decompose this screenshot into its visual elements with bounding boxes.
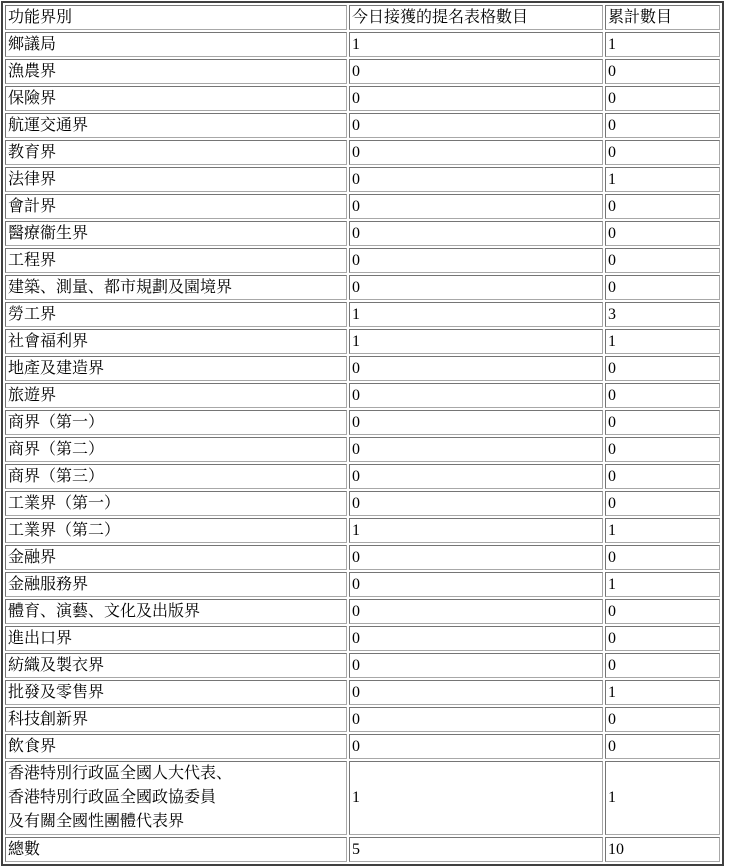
today-count-cell: 0	[349, 653, 603, 678]
today-count-cell: 0	[349, 113, 603, 138]
constituency-name-cell: 勞工界	[5, 302, 347, 327]
constituency-name-cell: 金融界	[5, 545, 347, 570]
table-row: 旅遊界00	[5, 383, 720, 408]
constituency-name-cell: 商界（第二）	[5, 437, 347, 462]
cumulative-count-cell: 0	[605, 707, 720, 732]
today-count-cell: 0	[349, 572, 603, 597]
today-count-cell: 0	[349, 194, 603, 219]
table-row: 批發及零售界01	[5, 680, 720, 705]
today-count-cell: 0	[349, 140, 603, 165]
table-row: 工業界（第一）00	[5, 491, 720, 516]
today-count-cell: 0	[349, 167, 603, 192]
cumulative-count-cell: 0	[605, 356, 720, 381]
today-count-cell: 1	[349, 518, 603, 543]
cumulative-count-cell: 1	[605, 572, 720, 597]
cumulative-count-cell: 0	[605, 86, 720, 111]
table-row: 鄉議局11	[5, 32, 720, 57]
constituency-name-cell: 航運交通界	[5, 113, 347, 138]
today-count-cell: 1	[349, 302, 603, 327]
constituency-name-cell: 法律界	[5, 167, 347, 192]
cumulative-count-cell: 0	[605, 410, 720, 435]
constituency-name-cell: 鄉議局	[5, 32, 347, 57]
cumulative-count-cell: 0	[605, 59, 720, 84]
today-count-cell: 1	[349, 761, 603, 835]
today-count-cell: 0	[349, 410, 603, 435]
constituency-name-cell: 進出口界	[5, 626, 347, 651]
cumulative-count-cell: 1	[605, 518, 720, 543]
table-row: 漁農界00	[5, 59, 720, 84]
cumulative-count-cell: 1	[605, 32, 720, 57]
today-count-cell: 0	[349, 545, 603, 570]
cumulative-count-cell: 0	[605, 248, 720, 273]
today-count-cell: 0	[349, 275, 603, 300]
constituency-name-cell: 旅遊界	[5, 383, 347, 408]
constituency-name-cell: 飲食界	[5, 734, 347, 759]
cumulative-count-cell: 0	[605, 437, 720, 462]
column-header-today-count: 今日接獲的提名表格數目	[349, 5, 603, 30]
constituency-name-cell: 金融服務界	[5, 572, 347, 597]
today-count-cell: 0	[349, 734, 603, 759]
cumulative-count-cell: 1	[605, 167, 720, 192]
constituency-name-cell: 會計界	[5, 194, 347, 219]
constituency-name-cell: 科技創新界	[5, 707, 347, 732]
today-count-cell: 0	[349, 464, 603, 489]
constituency-name-cell: 體育、演藝、文化及出版界	[5, 599, 347, 624]
cumulative-count-cell: 0	[605, 734, 720, 759]
table-row: 香港特別行政區全國人大代表、 香港特別行政區全國政協委員 及有關全國性團體代表界…	[5, 761, 720, 835]
cumulative-count-cell: 10	[605, 837, 720, 862]
cumulative-count-cell: 0	[605, 275, 720, 300]
table-row: 社會福利界11	[5, 329, 720, 354]
cumulative-count-cell: 0	[605, 491, 720, 516]
constituency-name-cell: 工業界（第二）	[5, 518, 347, 543]
constituency-name-cell: 漁農界	[5, 59, 347, 84]
today-count-cell: 0	[349, 680, 603, 705]
table-row: 飲食界00	[5, 734, 720, 759]
constituency-name-cell: 商界（第一）	[5, 410, 347, 435]
cumulative-count-cell: 0	[605, 113, 720, 138]
cumulative-count-cell: 0	[605, 221, 720, 246]
constituency-name-cell: 教育界	[5, 140, 347, 165]
table-row: 法律界01	[5, 167, 720, 192]
table-row: 工業界（第二）11	[5, 518, 720, 543]
constituency-name-cell: 工業界（第一）	[5, 491, 347, 516]
table-row: 教育界00	[5, 140, 720, 165]
table-row: 總數510	[5, 837, 720, 862]
constituency-name-cell: 批發及零售界	[5, 680, 347, 705]
constituency-name-cell: 商界（第三）	[5, 464, 347, 489]
table-row: 體育、演藝、文化及出版界00	[5, 599, 720, 624]
cumulative-count-cell: 1	[605, 329, 720, 354]
table-row: 進出口界00	[5, 626, 720, 651]
cumulative-count-cell: 3	[605, 302, 720, 327]
header-row: 功能界別 今日接獲的提名表格數目 累計數目	[5, 5, 720, 30]
cumulative-count-cell: 1	[605, 761, 720, 835]
table-row: 工程界00	[5, 248, 720, 273]
constituency-name-cell: 工程界	[5, 248, 347, 273]
today-count-cell: 0	[349, 707, 603, 732]
today-count-cell: 1	[349, 329, 603, 354]
table-row: 建築、測量、都市規劃及園境界00	[5, 275, 720, 300]
constituency-name-cell: 保險界	[5, 86, 347, 111]
constituency-name-cell: 建築、測量、都市規劃及園境界	[5, 275, 347, 300]
table-row: 商界（第一）00	[5, 410, 720, 435]
constituency-name-cell: 社會福利界	[5, 329, 347, 354]
today-count-cell: 0	[349, 626, 603, 651]
column-header-cumulative-count: 累計數目	[605, 5, 720, 30]
today-count-cell: 0	[349, 383, 603, 408]
table-row: 紡織及製衣界00	[5, 653, 720, 678]
today-count-cell: 0	[349, 599, 603, 624]
table-row: 金融界00	[5, 545, 720, 570]
constituency-name-cell: 紡織及製衣界	[5, 653, 347, 678]
constituency-name-cell: 醫療衞生界	[5, 221, 347, 246]
table-row: 商界（第三）00	[5, 464, 720, 489]
table-body: 鄉議局11漁農界00保險界00航運交通界00教育界00法律界01會計界00醫療衞…	[5, 32, 720, 862]
cumulative-count-cell: 0	[605, 383, 720, 408]
table-row: 金融服務界01	[5, 572, 720, 597]
today-count-cell: 0	[349, 356, 603, 381]
table-row: 地產及建造界00	[5, 356, 720, 381]
table-row: 保險界00	[5, 86, 720, 111]
today-count-cell: 0	[349, 437, 603, 462]
cumulative-count-cell: 0	[605, 464, 720, 489]
today-count-cell: 0	[349, 86, 603, 111]
cumulative-count-cell: 0	[605, 599, 720, 624]
constituency-name-cell: 地產及建造界	[5, 356, 347, 381]
today-count-cell: 0	[349, 59, 603, 84]
cumulative-count-cell: 0	[605, 545, 720, 570]
today-count-cell: 1	[349, 32, 603, 57]
constituency-name-cell: 總數	[5, 837, 347, 862]
cumulative-count-cell: 0	[605, 653, 720, 678]
table-row: 商界（第二）00	[5, 437, 720, 462]
table-row: 勞工界13	[5, 302, 720, 327]
cumulative-count-cell: 1	[605, 680, 720, 705]
table-row: 航運交通界00	[5, 113, 720, 138]
today-count-cell: 0	[349, 221, 603, 246]
cumulative-count-cell: 0	[605, 626, 720, 651]
today-count-cell: 0	[349, 248, 603, 273]
nomination-forms-table: 功能界別 今日接獲的提名表格數目 累計數目 鄉議局11漁農界00保險界00航運交…	[1, 1, 724, 866]
table-row: 會計界00	[5, 194, 720, 219]
table-row: 科技創新界00	[5, 707, 720, 732]
constituency-name-cell: 香港特別行政區全國人大代表、 香港特別行政區全國政協委員 及有關全國性團體代表界	[5, 761, 347, 835]
table-row: 醫療衞生界00	[5, 221, 720, 246]
cumulative-count-cell: 0	[605, 194, 720, 219]
today-count-cell: 0	[349, 491, 603, 516]
cumulative-count-cell: 0	[605, 140, 720, 165]
column-header-constituency: 功能界別	[5, 5, 347, 30]
today-count-cell: 5	[349, 837, 603, 862]
